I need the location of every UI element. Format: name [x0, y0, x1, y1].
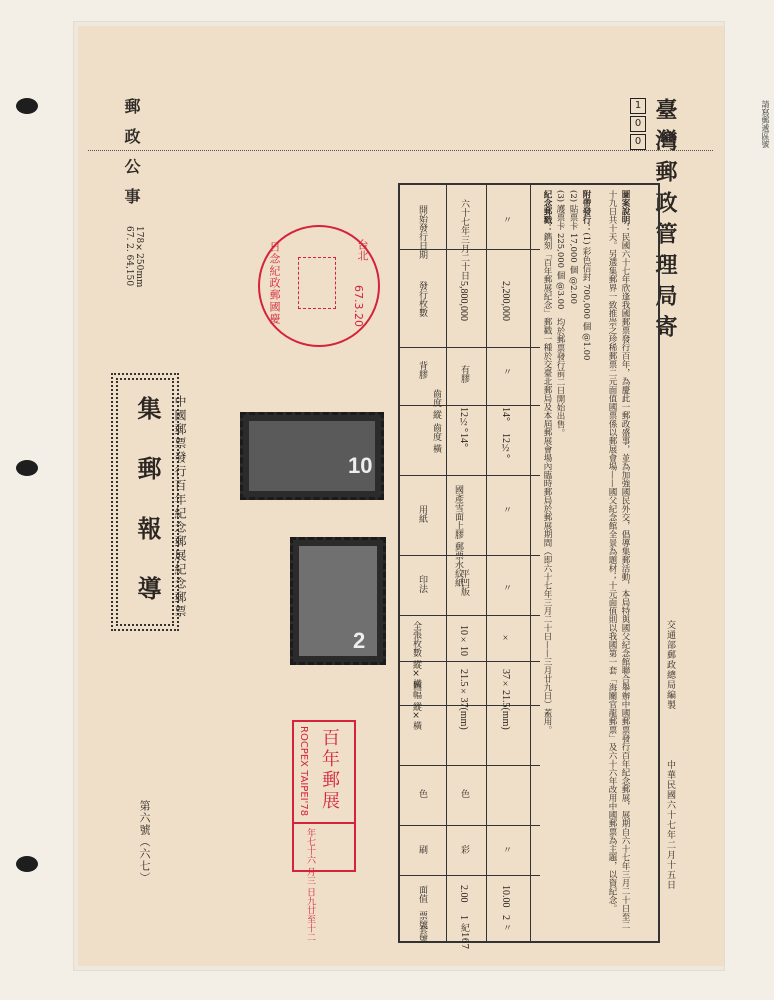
header-set-no: 套號: [416, 925, 429, 943]
row2-issue-date: 〃: [500, 215, 513, 224]
header-gum: 背膠: [416, 361, 429, 379]
postal-code-digit: 0: [630, 134, 646, 150]
row2-perf-v: 14°: [500, 407, 511, 421]
sender-label: 郵政公事: [120, 98, 143, 218]
header-design-size: 圖幅 縱×橫: [410, 681, 423, 730]
row2-print: 〃: [500, 845, 513, 854]
row2-face-value: 10.00: [500, 885, 511, 908]
attach-item: (1) 彩色信封 700,000 個 @1.00: [581, 233, 591, 361]
postal-code-boxes: 1 0 0: [630, 98, 646, 150]
row1-design-size: 21.5×37(mm): [458, 669, 469, 730]
row1-perf-v: 12½°: [458, 407, 469, 432]
row2-printing: 〃: [500, 583, 513, 592]
rectangular-postmark: 百年郵展 ROCPEX TAIPEI'78 年七十六 月三 日九廿至十二: [292, 720, 356, 872]
row1-quantity: 5,800,000: [458, 281, 469, 321]
row1-gum: 有膠: [458, 365, 471, 383]
header-paper: 用紙: [416, 505, 429, 523]
row2-perf-h: 12½°: [500, 433, 511, 458]
size-note-text: 178×250mm: [134, 226, 144, 287]
postmark-stamp-graphic: [298, 257, 336, 309]
row1-printing: 平凹版: [458, 569, 471, 596]
postal-code-digit: 0: [630, 116, 646, 132]
header-color: 色: [416, 789, 429, 798]
postal-code-digit: 1: [630, 98, 646, 114]
cancel-label: 紀念郵戳：: [542, 190, 552, 233]
row1-face-value: 2.00: [458, 885, 469, 903]
postmark-date: 67.3.20: [352, 285, 365, 327]
stamp-value: 10: [348, 453, 372, 479]
stamp-value: 2: [353, 628, 365, 654]
binder-hole: [16, 460, 38, 476]
print-note-text: 67. 2. 64,150: [124, 226, 134, 286]
row1-stamp-no: 1: [458, 915, 469, 920]
header-perf-v: 齒度 縱: [430, 389, 443, 419]
header-issue-date: 開始發行日期: [416, 205, 429, 259]
row2-paper: 〃: [500, 505, 513, 514]
row1-issue-date: 六十七年三月二十日: [458, 199, 471, 280]
row1-sheet: 10×10: [458, 625, 469, 656]
attach-note: 均於郵票發行前二日開始出售。: [555, 318, 565, 437]
row1-print: 彩: [458, 845, 471, 854]
notes-section: 圖案說明：民國六十七年欣逢我國郵票發行百年，為慶此一郵政盛事，並為加強國民外交，…: [540, 190, 631, 930]
row1-perf-h: 14°: [458, 433, 469, 447]
header-quantity: 發行枚數: [416, 281, 429, 317]
binder-hole: [16, 98, 38, 114]
postmark-event: ROCPEX TAIPEI'78: [298, 726, 309, 816]
fold-line: [88, 150, 713, 151]
cancel-text: 鐫刻「百年郵展紀念」郵戳一種於交臺北郵局及本屆郵展會場內臨時郵局於郵展期間（即六…: [542, 233, 552, 735]
header-sheet: 全張枚數 縱×橫: [410, 621, 423, 688]
circular-postmark: 日念紀政郵國慶 台北 67.3.20: [258, 225, 380, 347]
postmark-divider: [294, 822, 354, 824]
attach-label: 附帶發行：: [581, 190, 591, 233]
attach-item: (3) 護票卡 225,000 個 @3.00: [555, 190, 565, 309]
postal-code-note: 請寫郵遞區號: [760, 100, 771, 148]
header-face-value: 面值: [416, 885, 429, 903]
row1-color: 色: [458, 789, 471, 798]
postmark-title: 百年郵展: [316, 728, 342, 812]
footer-issuer: 交通部郵政總局編製: [664, 620, 677, 710]
size-note: 178×250mm 67. 2. 64,150: [124, 226, 144, 287]
header-print: 刷: [416, 845, 429, 854]
row2-quantity: 2,200,000: [500, 281, 511, 321]
row2-sheet: ×: [500, 633, 511, 644]
header-printing: 印法: [416, 575, 429, 593]
row2-gum: 〃: [500, 367, 513, 376]
row2-set-no: 〃: [500, 923, 513, 932]
stamp-2: 2: [290, 537, 386, 665]
binder-hole: [16, 856, 38, 872]
row1-set-no: 紀167: [458, 923, 471, 949]
design-label: 圖案說明：: [620, 190, 630, 233]
row2-design-size: 37×21.5(mm): [500, 669, 511, 730]
postmark-box-date: 年七十六 月三 日九廿至十二: [304, 828, 317, 942]
page-title: 集郵報導: [130, 396, 165, 636]
design-text: 民國六十七年欣逢我國郵票發行百年，為慶此一郵政盛事，並為加強國民外交，倡導集郵活…: [607, 190, 630, 930]
postmark-arc-text: 日念紀政郵國慶: [266, 241, 282, 325]
stamp-10: 10: [240, 412, 384, 500]
postmark-location: 台北: [354, 239, 370, 261]
attach-item: (2) 貼票卡 17,000 個 @2.00: [568, 190, 578, 304]
footer-date: 中華民國六十七年二月十五日: [664, 760, 677, 890]
page-subtitle: 中國郵票發行百年紀念郵展紀念郵票: [172, 395, 189, 619]
issue-serial: 第六號（六七）: [136, 800, 152, 884]
row2-stamp-no: 2: [500, 915, 511, 920]
header-perf-h: 齒度 橫: [430, 423, 443, 453]
